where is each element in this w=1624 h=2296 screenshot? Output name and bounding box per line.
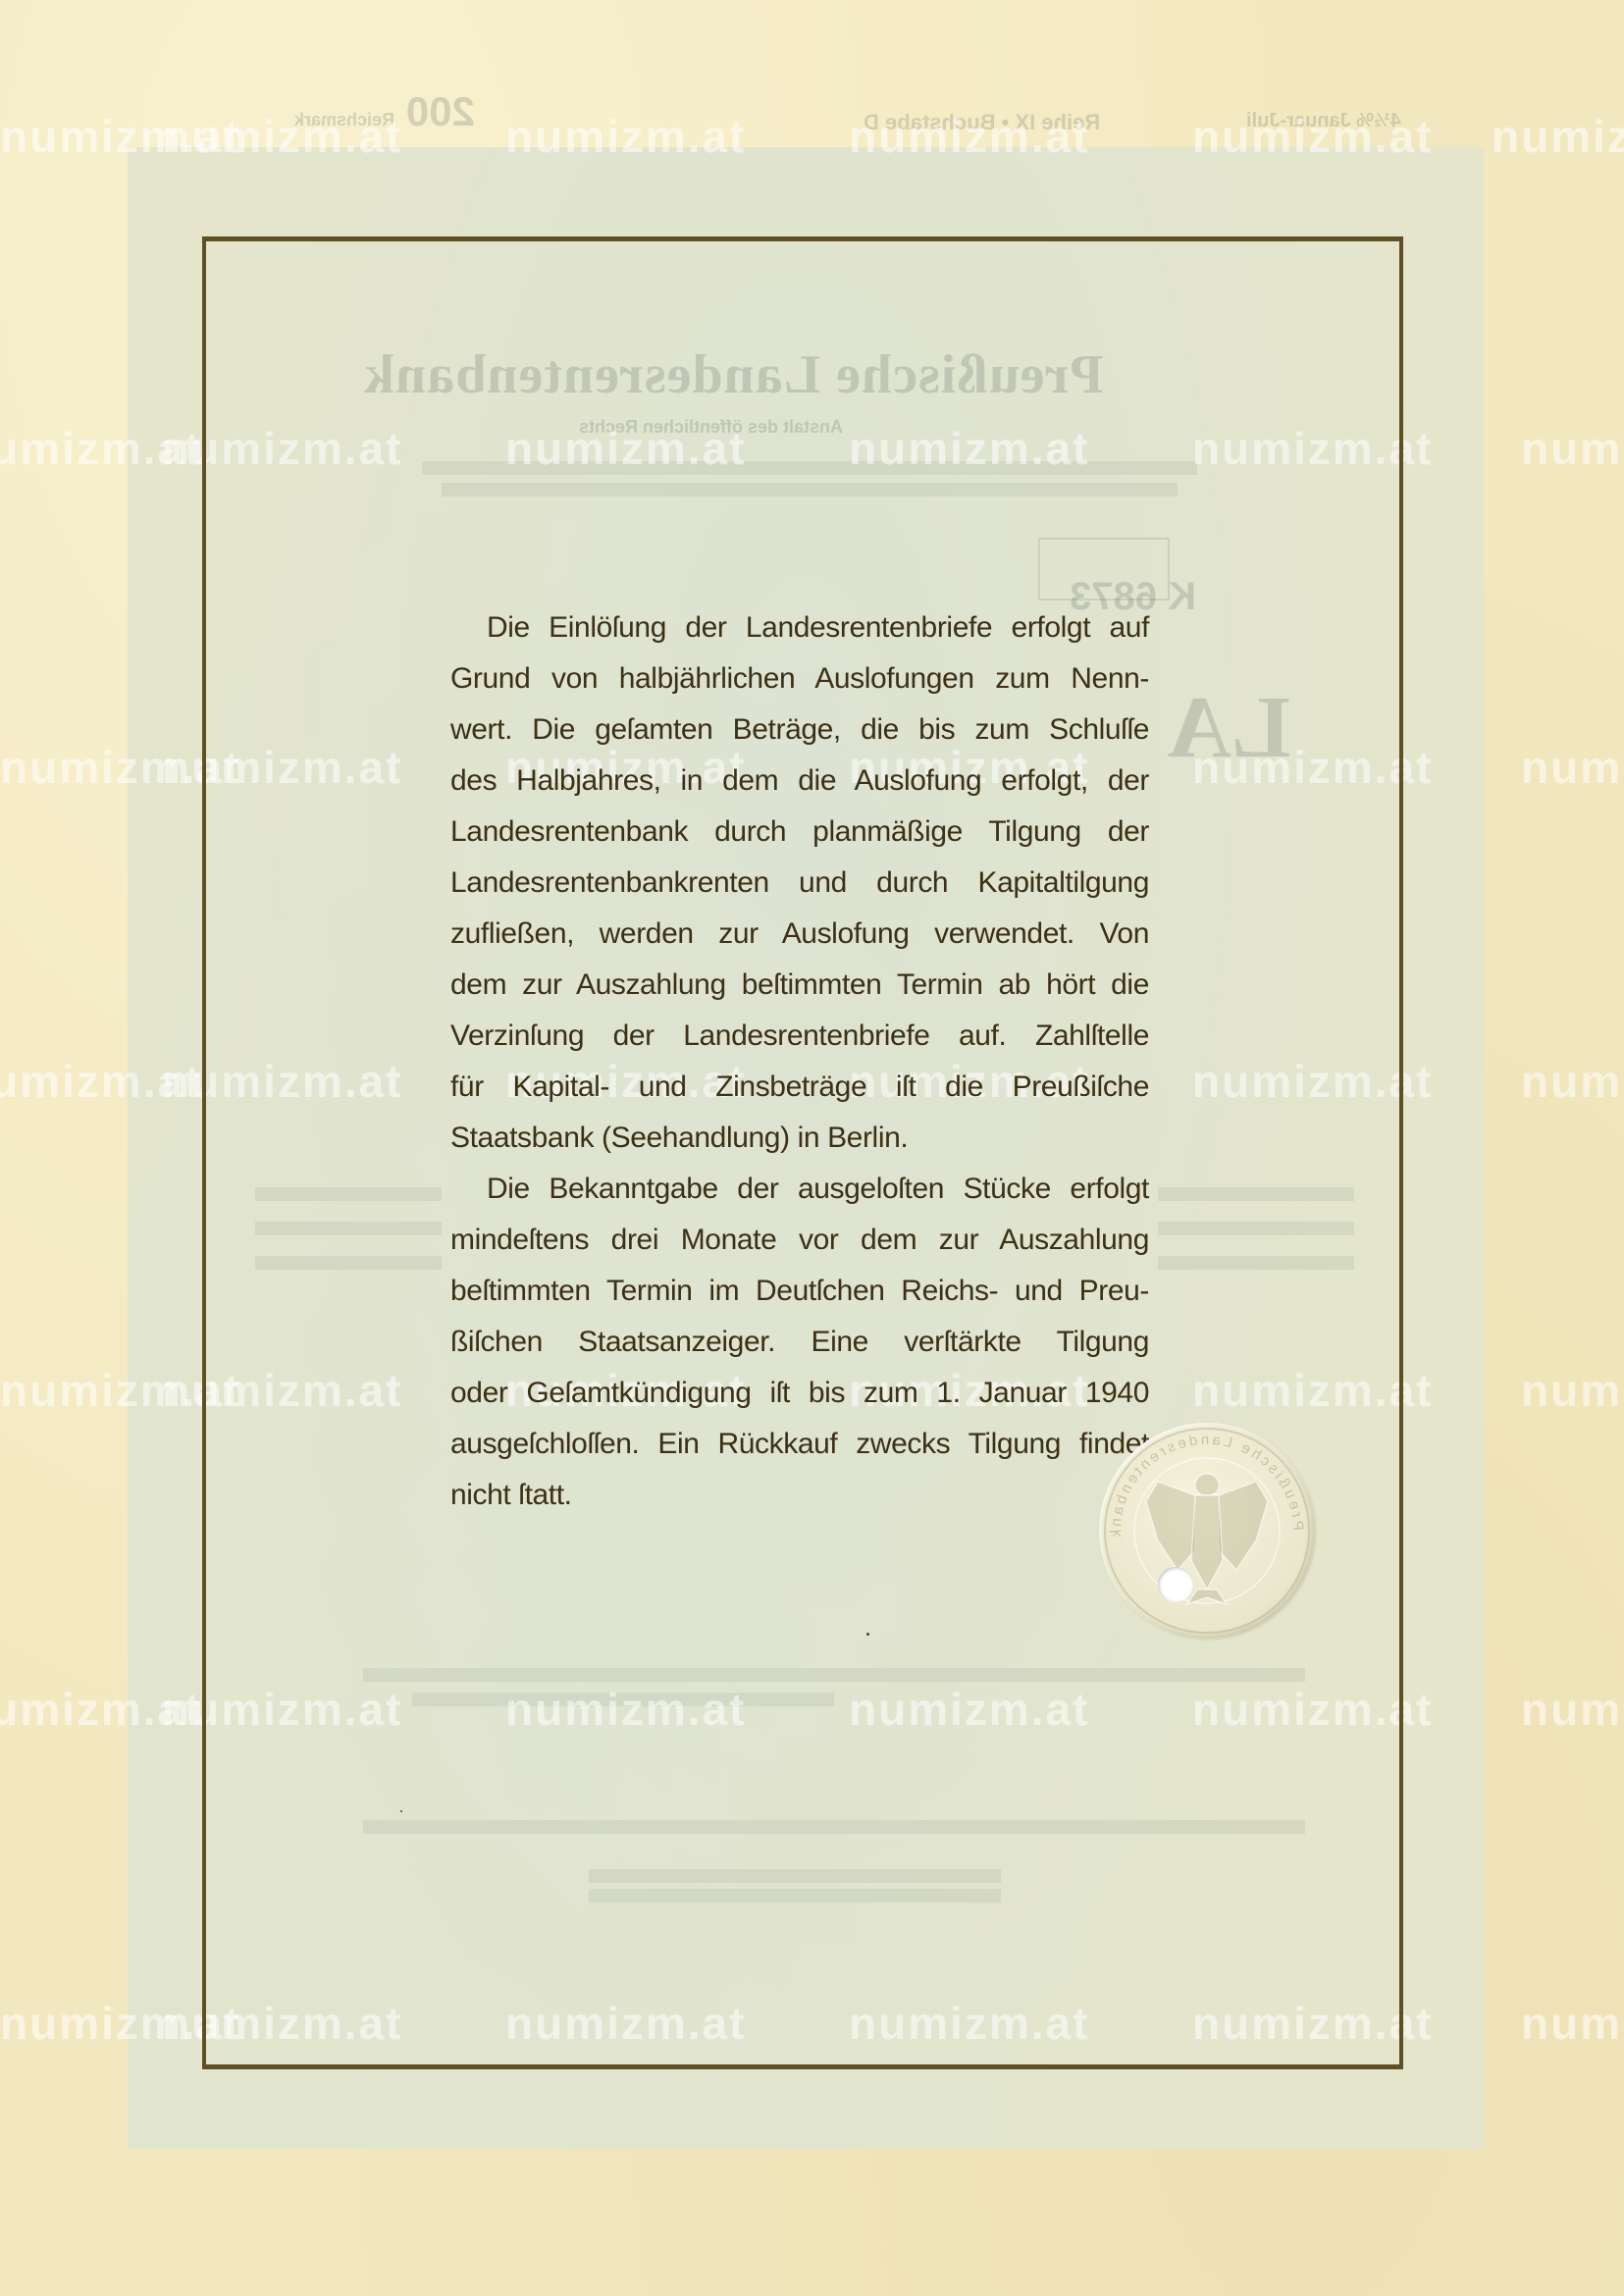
redemption-terms-text: Die Einlöſung der Landesrentenbriefe erf… [450, 602, 1149, 1521]
watermark-text: numizm.at [1521, 1055, 1624, 1108]
watermark-text: numizm.at [505, 110, 746, 163]
text-line: ausgeſchloſſen. Ein Rückkauf zwecks Tilg… [450, 1419, 1149, 1470]
text-line: Landesrentenbank durch planmäßige Tilgun… [450, 807, 1149, 858]
paragraph-redemption: Die Einlöſung der Landesrentenbriefe erf… [450, 602, 1149, 1164]
text-line: Staatsbank (Seehandlung) in Berlin. [450, 1113, 1149, 1164]
watermark-text: numizm.at [1192, 110, 1433, 163]
text-line: Die Einlöſung der Landesrentenbriefe erf… [450, 602, 1149, 653]
text-line: Landesrentenbankrenten und durch Kapital… [450, 858, 1149, 909]
text-line: nicht ſtatt. [450, 1470, 1149, 1521]
text-line: dem zur Auszahlung beſtimmten Termin ab … [450, 960, 1149, 1011]
watermark-text: numizm.at [849, 110, 1089, 163]
text-line: beſtimmten Termin im Deutſchen Reichs- u… [450, 1266, 1149, 1317]
text-line: oder Geſamtkündigung iſt bis zum 1. Janu… [450, 1368, 1149, 1419]
punch-hole-cancellation [1158, 1567, 1193, 1602]
paragraph-announcement: Die Bekanntgabe der ausgeloſten Stücke e… [450, 1164, 1149, 1521]
eagle-seal-icon: Preußische Landesrentenbank [1099, 1423, 1315, 1639]
text-line: ßiſchen Staatsanzeiger. Eine verſtärkte … [450, 1317, 1149, 1368]
paper-speck [400, 1810, 402, 1812]
watermark-text: numizm.at [1521, 422, 1624, 475]
text-line: mindeſtens drei Monate vor dem zur Ausza… [450, 1215, 1149, 1266]
text-line: zufließen, werden zur Auslofung verwende… [450, 909, 1149, 960]
text-line: für Kapital- und Zinsbeträge iſt die Pre… [450, 1062, 1149, 1113]
paper-speck [866, 1633, 869, 1636]
text-line: Verzinſung der Landesrentenbriefe auf. Z… [450, 1011, 1149, 1062]
text-line: Die Bekanntgabe der ausgeloſten Stücke e… [450, 1164, 1149, 1215]
watermark-text: numizm.at [1521, 1683, 1624, 1736]
text-line: wert. Die geſamten Beträge, die bis zum … [450, 704, 1149, 756]
text-line: des Halbjahres, in dem die Auslofung erf… [450, 756, 1149, 807]
watermark-text: numizm.at [162, 110, 402, 163]
text-line: Grund von halbjährlichen Auslofungen zum… [450, 653, 1149, 704]
watermark-text: numizm.at [1521, 741, 1624, 794]
watermark-text: numizm.at [1521, 1997, 1624, 2050]
watermark-text: numizm.at [1521, 1364, 1624, 1417]
watermark-text: numizm.at [1492, 110, 1624, 163]
